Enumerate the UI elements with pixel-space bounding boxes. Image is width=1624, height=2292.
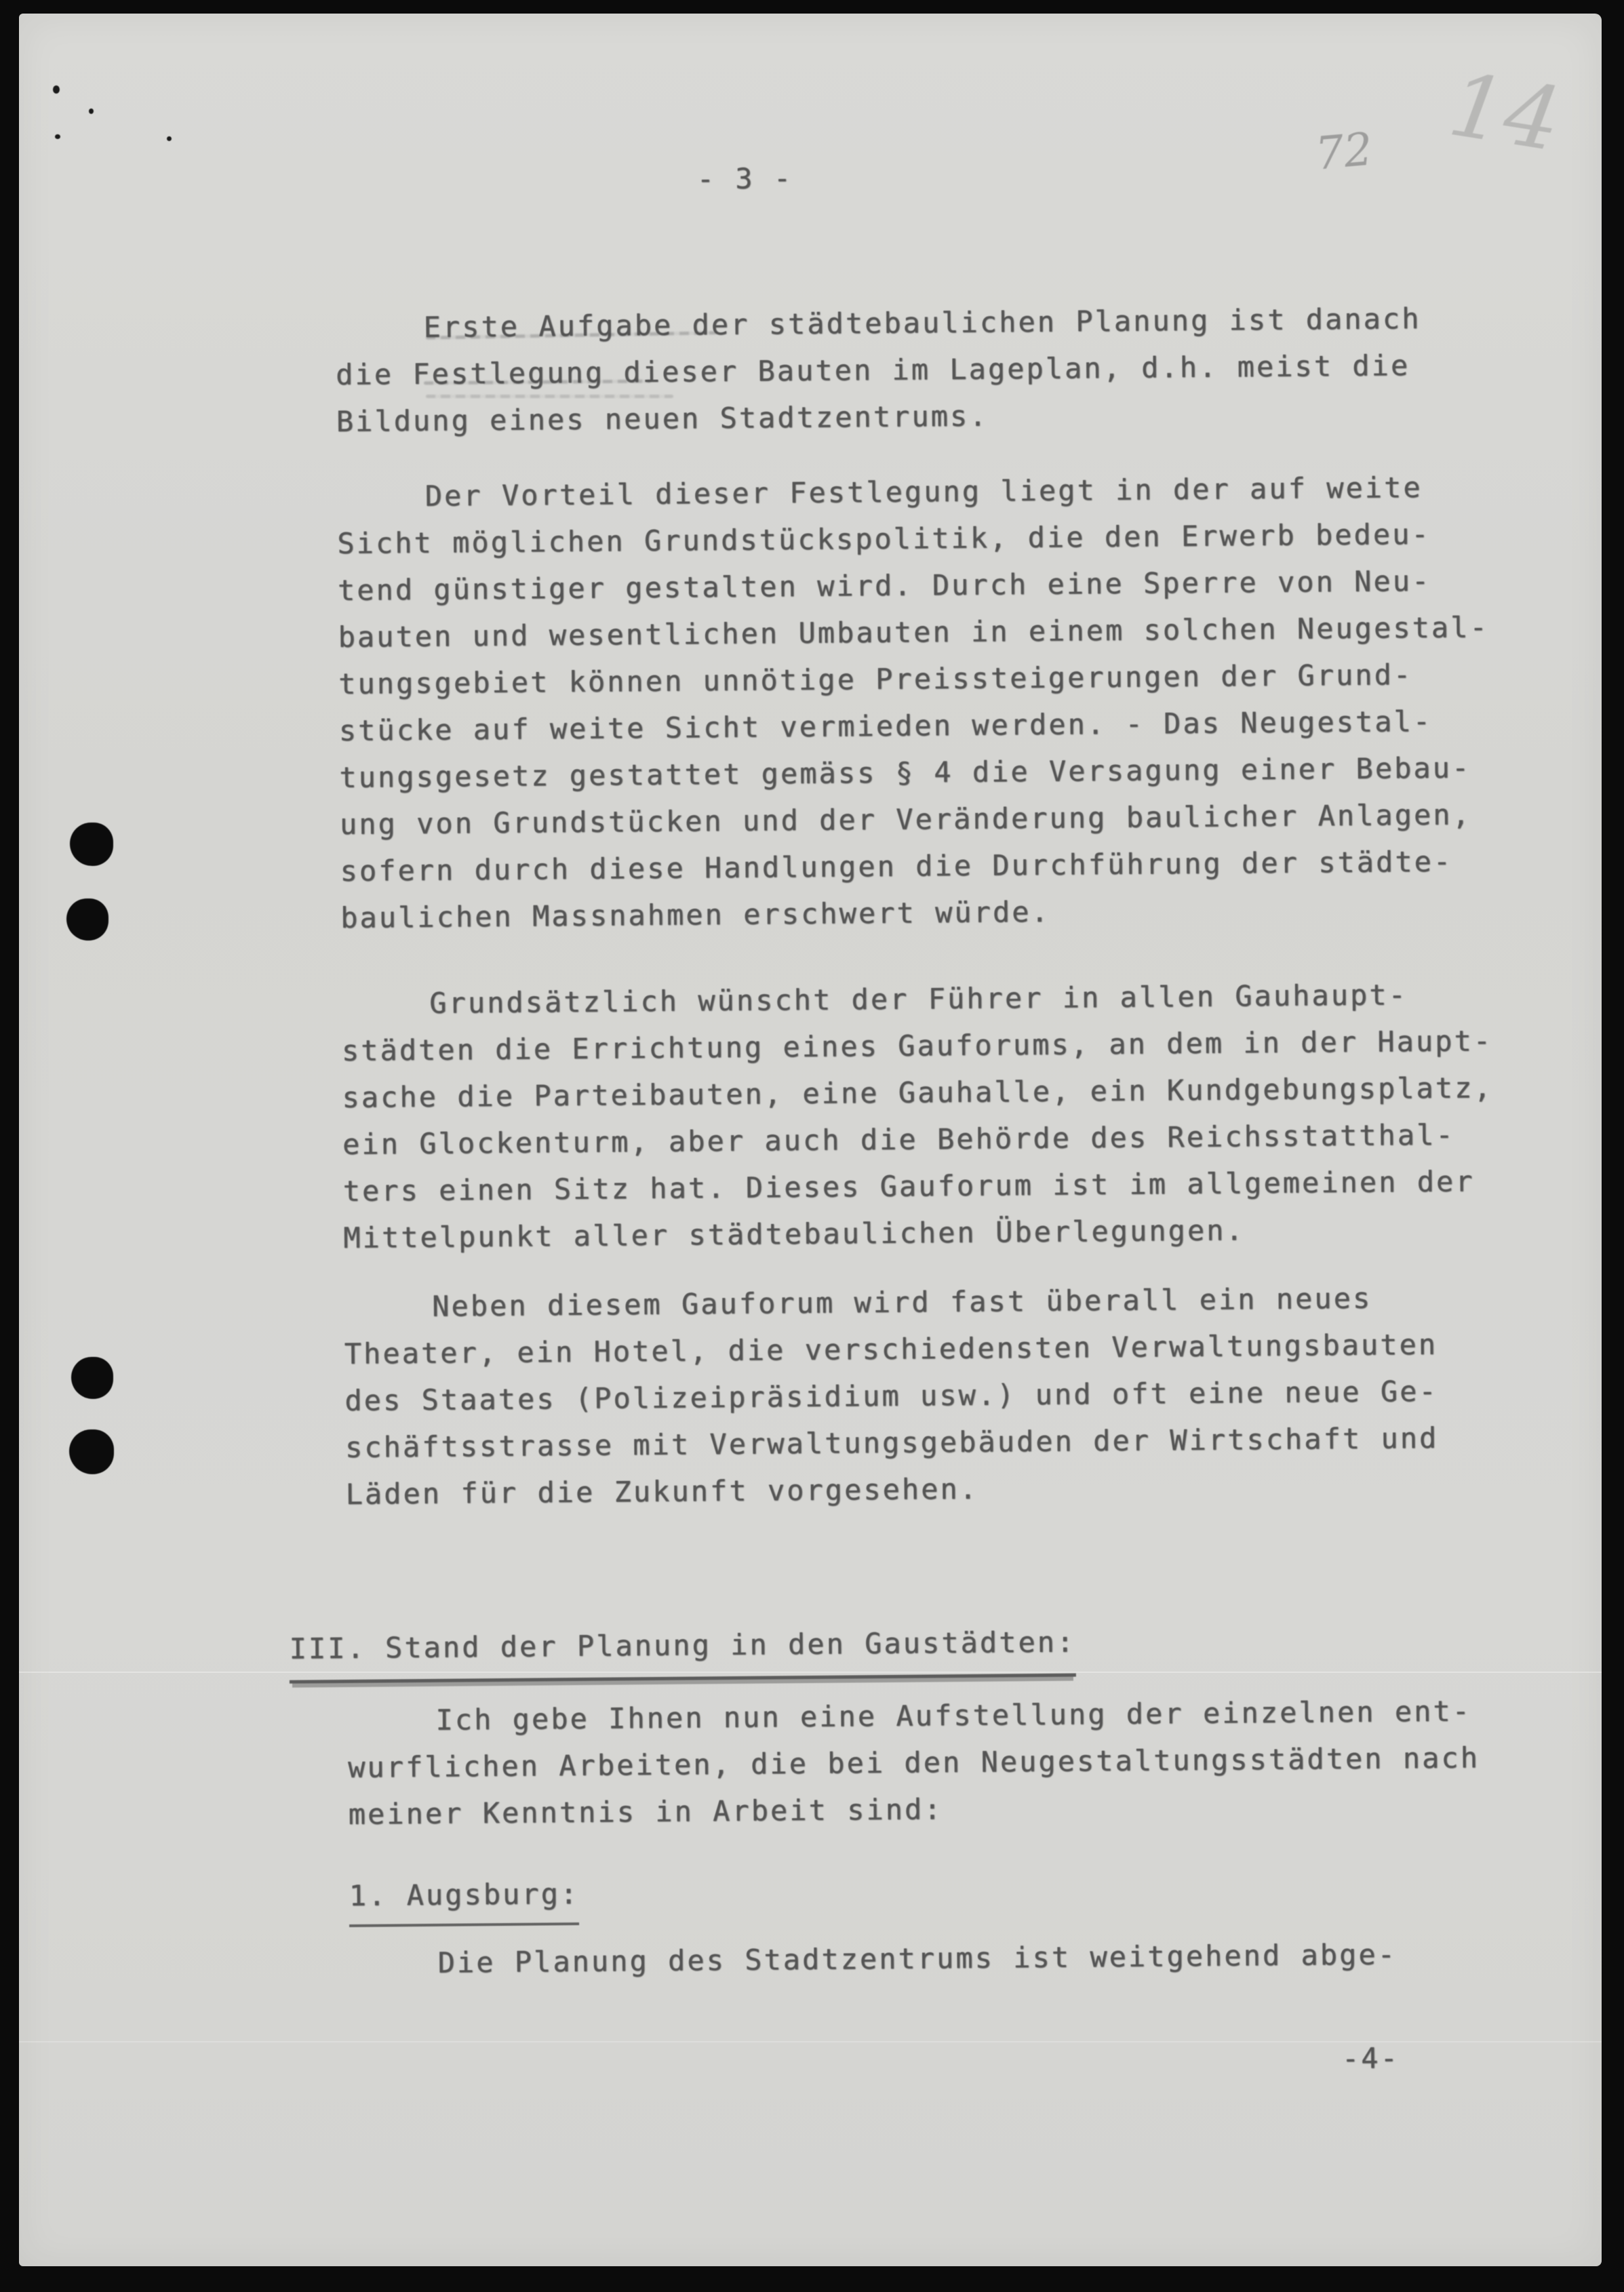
paper-sheet: 72 14 - 3 - Erste Aufgabe der städtebaul… xyxy=(19,14,1602,2266)
typed-line: baulichen Massnahmen erschwert würde. xyxy=(340,888,1050,941)
typed-line: Die Planung des Stadtzentrums ist weitge… xyxy=(437,1931,1397,1986)
catchword: -4- xyxy=(1342,2034,1400,2082)
section-heading: III. Stand der Planung in den Gaustädten… xyxy=(289,1619,1075,1684)
subsection-heading: 1. Augsburg: xyxy=(349,1870,579,1927)
typed-line: Der Vorteil dieser Festlegung liegt in d… xyxy=(424,464,1422,519)
typed-line: wurflichen Arbeiten, die bei den Neugest… xyxy=(348,1734,1480,1791)
page-number: - 3 - xyxy=(696,155,793,202)
typed-line: Neben diesem Gauforum wird fast überall … xyxy=(432,1275,1372,1330)
typed-text-layer: - 3 - Erste Aufgabe der städtebaulichen … xyxy=(9,7,1612,2273)
scan-background: 72 14 - 3 - Erste Aufgabe der städtebaul… xyxy=(0,0,1624,2292)
typed-line: Läden für die Zukunft vorgesehen. xyxy=(345,1465,978,1518)
typed-line: sofern durch diese Handlungen die Durchf… xyxy=(340,838,1452,894)
typed-line: Grundsätzlich wünscht der Führer in alle… xyxy=(429,971,1408,1027)
typed-line: Bildung eines neuen Stadtzentrums. xyxy=(336,393,988,445)
typed-line: Erste Aufgabe der städtebaulichen Planun… xyxy=(423,295,1421,351)
typed-line: ters einen Sitz hat. Dieses Gauforum ist… xyxy=(342,1158,1474,1214)
typed-line: schäftsstrasse mit Verwaltungsgebäuden d… xyxy=(345,1415,1439,1471)
typed-line: Mittelpunkt aller städtebaulichen Überle… xyxy=(343,1206,1245,1261)
typed-line: die Festlegung dieser Bauten im Lageplan… xyxy=(336,342,1410,398)
typed-line: meiner Kenntnis in Arbeit sind: xyxy=(348,1785,943,1838)
typed-line: Ich gebe Ihnen nun eine Aufstellung der … xyxy=(435,1688,1471,1743)
